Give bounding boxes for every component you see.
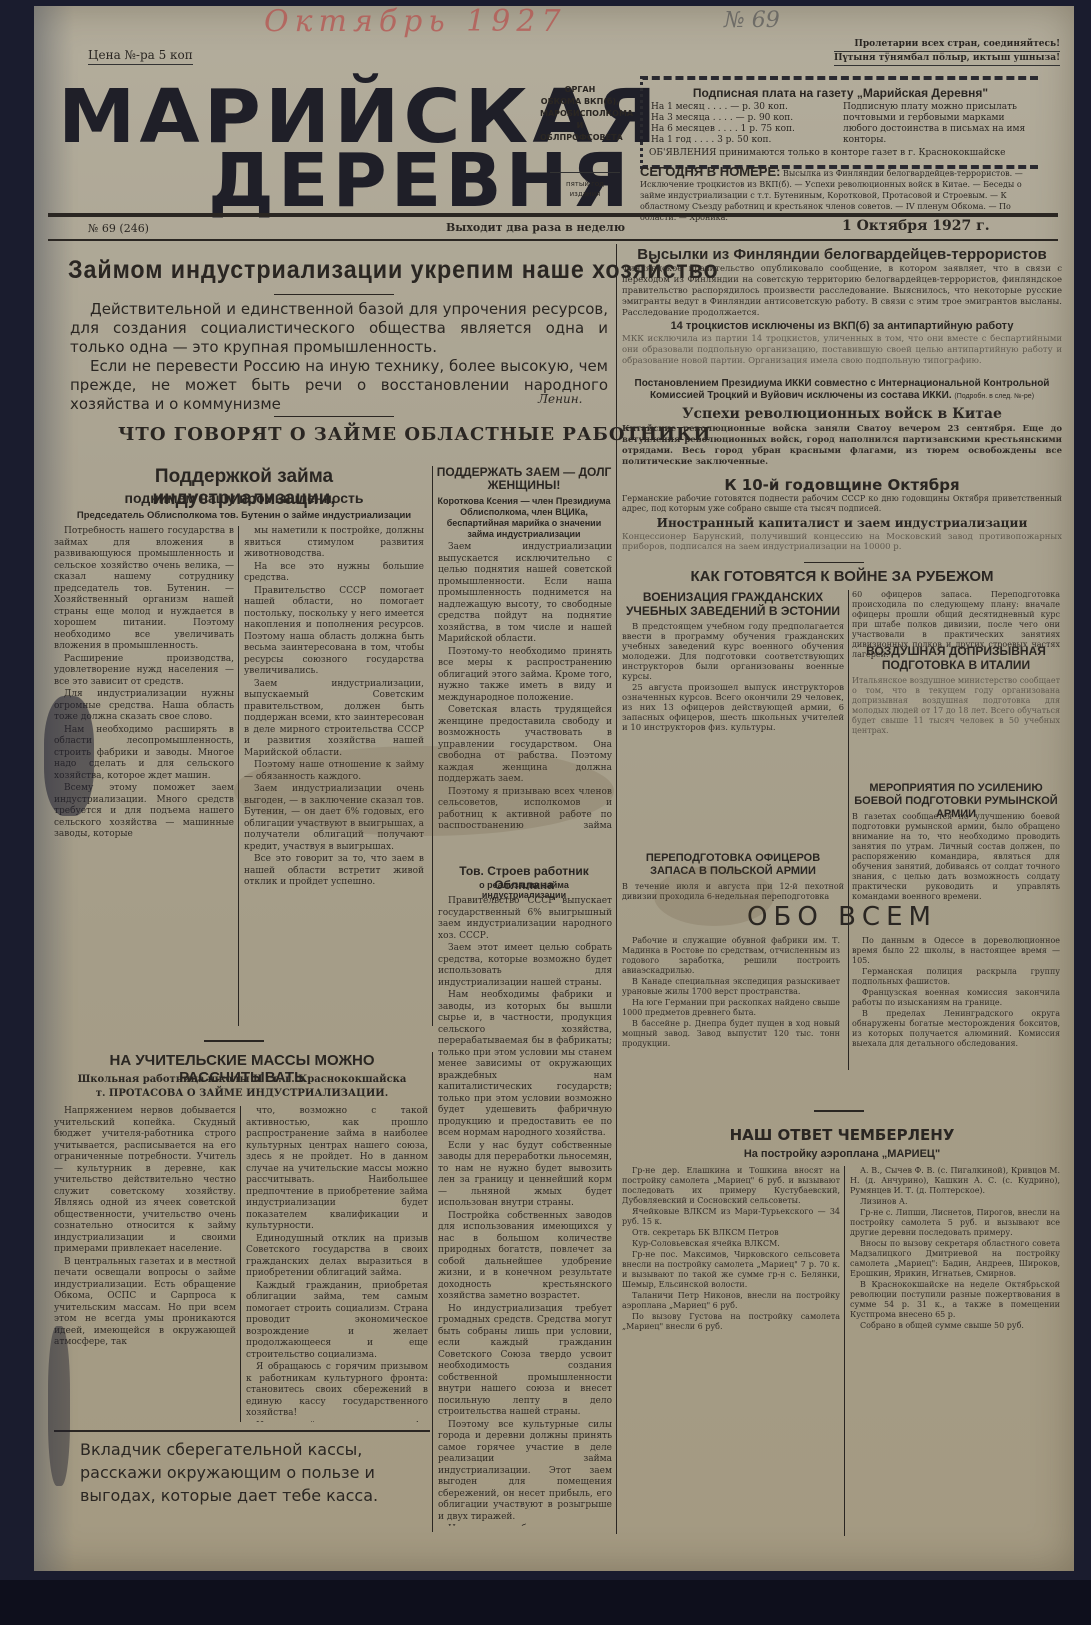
ads-notice: ОБ'ЯВЛЕНИЯ принимаются только в конторе … bbox=[649, 148, 1005, 158]
subscription-note: Подписную плату можно присылать почтовым… bbox=[843, 102, 1033, 146]
donation-item: Кур-Соловьевская ячейка ВЛКСМ. bbox=[622, 1239, 840, 1249]
paragraph: Поэтому-то необходимо принять все меры к… bbox=[438, 647, 612, 705]
trotskyists-body: МКК исключила из партии 14 троцкистов, у… bbox=[622, 334, 1062, 367]
paragraph: В центральных газетах и в местной печати… bbox=[54, 1257, 236, 1349]
news-item: Французская военная комиссия закончила р… bbox=[852, 988, 1060, 1008]
butenin-title-2: поднимем нашу промышленность bbox=[74, 490, 414, 506]
paragraph: что, возможно с такой активностью, как п… bbox=[246, 1106, 428, 1233]
in-this-issue-label: СЕГОДНЯ В НОМЕРЕ: bbox=[640, 164, 780, 179]
paragraph: Заем индустриализации выпускается исключ… bbox=[438, 542, 612, 646]
rule bbox=[274, 294, 394, 295]
paragraph: Постройка собственных заводов для исполь… bbox=[438, 1211, 612, 1303]
donation-item: Гр-не пос. Максимов, Чирковского сельсов… bbox=[622, 1250, 840, 1290]
chamberlain-col1: Гр-не дер. Елашкина и Тошкина вносят на … bbox=[622, 1166, 840, 1536]
protasova-subtitle-2: т. ПРОТАСОВА О ЗАЙМЕ ИНДУСТРИАЛИЗАЦИИ. bbox=[54, 1088, 430, 1099]
war-section-heading: КАК ГОТОВЯТСЯ К ВОЙНЕ ЗА РУБЕЖОМ bbox=[622, 568, 1062, 585]
chamberlain-subtitle: На постройку аэроплана „МАРИЕЦ" bbox=[622, 1148, 1062, 1160]
estonia-title: ВОЕНИЗАЦИЯ ГРАЖДАНСКИХ УЧЕБНЫХ ЗАВЕДЕНИЙ… bbox=[622, 590, 844, 618]
price-label: Цена №-ра 5 коп bbox=[88, 48, 193, 65]
protasova-col1: Напряжением нервов добывается учительски… bbox=[54, 1106, 236, 1422]
news-item: По данным в Одессе в дореволюционное вре… bbox=[852, 936, 1060, 966]
estonia-body: В предстоящем учебном году предполагаетс… bbox=[622, 622, 844, 802]
paragraph: 25 августа произошел выпуск инструкторов… bbox=[622, 683, 844, 733]
paragraph: мы наметили к постройке, должны явиться … bbox=[244, 526, 424, 561]
header-rule-2 bbox=[48, 239, 1058, 241]
donation-item: Гр-не дер. Елашкина и Тошкина вносят на … bbox=[622, 1166, 840, 1206]
column-rule bbox=[844, 1166, 845, 1536]
donation-item: В Краснококшайске на неделе Октябрьской … bbox=[850, 1280, 1060, 1320]
paragraph: Единодушный отклик на призыв Советского … bbox=[246, 1234, 428, 1280]
publication-year: пятый год издания bbox=[550, 172, 620, 199]
column-rule bbox=[432, 1052, 433, 1532]
news-item: Германская полиция раскрыла группу подпо… bbox=[852, 967, 1060, 987]
paragraph: Правительство СССР помогает нашей област… bbox=[244, 586, 424, 678]
subscription-title: Подписная плата на газету „Марийская Дер… bbox=[643, 86, 1038, 100]
rate-row: На 6 месяцев . . . . 1 р. 75 коп. bbox=[651, 124, 795, 135]
china-body: Китайские революционные войска заняли Св… bbox=[622, 424, 1062, 468]
donation-item: Гр-не с. Липши, Лиснетов, Пирогов, внесл… bbox=[850, 1208, 1060, 1238]
paragraph: Поэтому все культурные силы города и дер… bbox=[438, 1420, 612, 1524]
finland-title: Высылки из Финляндии белогвардейцев-терр… bbox=[622, 246, 1062, 263]
ikki-note: (Подробн. в след. №-ре) bbox=[954, 393, 1034, 400]
paragraph: В предстоящем учебном году предполагаетс… bbox=[622, 622, 844, 682]
donation-item: Отв. секретарь БК ВЛКСМ Петров bbox=[622, 1228, 840, 1238]
paragraph: Расширение производства, удовлетворение … bbox=[54, 654, 234, 689]
paragraph: На все это нужны большие средства. bbox=[244, 562, 424, 585]
rate-row: На 3 месяца . . . . — р. 90 коп. bbox=[651, 113, 795, 124]
paragraph: Все это говорит за то, что заем в нашей … bbox=[244, 854, 424, 889]
news-item: Рабочие и служащие обувной фабрики им. Т… bbox=[622, 936, 840, 976]
capitalist-title: Иностранный капиталист и заем индустриал… bbox=[622, 516, 1062, 530]
paragraph: Я обращаюсь с горячим призывом к работни… bbox=[246, 1362, 428, 1420]
korotkova-subtitle: Короткова Ксения — член Президиума Облис… bbox=[436, 496, 612, 540]
slogan: Пролетарии всех стран, соединяйтесь! Пүт… bbox=[834, 38, 1060, 66]
rule bbox=[54, 1430, 430, 1432]
october-body: Германские рабочие готовятся поднести ра… bbox=[622, 494, 1062, 514]
paragraph: Цементируйте наши достижения! bbox=[246, 1421, 428, 1423]
donation-item: Вносы по вызову секретаря областного сов… bbox=[850, 1239, 1060, 1279]
quote-paragraph: Действительной и единственной базой для … bbox=[70, 300, 608, 357]
year-line: пятый год bbox=[550, 179, 620, 189]
obo-vsem-col1: Рабочие и служащие обувной фабрики им. Т… bbox=[622, 936, 840, 1096]
paragraph: Нам необходимы фабрики и заводы, из кото… bbox=[438, 990, 612, 1140]
october-title: К 10-й годовщине Октября bbox=[622, 476, 1062, 494]
italy-body: Итальянское воздушное министерство сообщ… bbox=[852, 676, 1060, 776]
slogan-mari: Пүтыня тӱнямбал пӧлыр, иктыш ушныза! bbox=[834, 52, 1060, 66]
organ-line: ОРГАН bbox=[540, 84, 620, 96]
finland-body: Финляндское правительство опубликовало с… bbox=[622, 264, 1062, 319]
newspaper-page: Октябрь 1927 № 69 Цена №-ра 5 коп МАРИЙС… bbox=[34, 6, 1074, 1571]
frequency: Выходит два раза в неделю bbox=[446, 221, 625, 234]
news-item: В Канаде специальная экспедиция разыскив… bbox=[622, 977, 840, 997]
obo-vsem-col2: По данным в Одессе в дореволюционное вре… bbox=[852, 936, 1060, 1096]
donation-item: Таланичи Петр Никонов, внесли на построй… bbox=[622, 1291, 840, 1311]
news-item: В бассейне р. Днепра будет пущен в ход н… bbox=[622, 1019, 840, 1049]
subscription-box: Подписная плата на газету „Марийская Дер… bbox=[640, 76, 1038, 169]
rule bbox=[804, 562, 864, 563]
news-item: В пределах Ленинградского округа обнаруж… bbox=[852, 1009, 1060, 1049]
column-rule bbox=[238, 526, 239, 1026]
slogan-russian: Пролетарии всех стран, соединяйтесь! bbox=[834, 38, 1060, 52]
handwritten-annotation-2: № 69 bbox=[724, 8, 780, 33]
paragraph: Не должно быть ни одного служащего, ни о… bbox=[438, 1524, 612, 1526]
quote-paragraph: Если не перевести Россию на иную технику… bbox=[70, 357, 608, 414]
stroev-body: Правительство СССР выпускает государстве… bbox=[438, 896, 612, 1526]
capitalist-body: Концессионер Барунский, получивший конце… bbox=[622, 532, 1062, 552]
italy-title: ВОЗДУШНАЯ ДОПРИЗЫВНАЯ ПОДГОТОВКА В ИТАЛИ… bbox=[852, 644, 1060, 672]
organ-line: МАРОБИСПОЛКОМА bbox=[540, 108, 620, 120]
issue-number: № 69 (246) bbox=[88, 222, 149, 235]
paragraph: Напряжением нервов добывается учительски… bbox=[54, 1106, 236, 1256]
china-title: Успехи революционных войск в Китае bbox=[622, 406, 1062, 422]
header-rule bbox=[48, 213, 1058, 217]
chamberlain-col2: А. В., Сычев Ф. В. (с. Пигалкиной), Крив… bbox=[850, 1166, 1060, 1536]
donation-item: Собрано в общей сумме свыше 50 руб. bbox=[850, 1321, 1060, 1331]
issue-date: 1 Октября 1927 г. bbox=[842, 218, 990, 234]
paragraph: Если у нас будут собственные заводы для … bbox=[438, 1141, 612, 1210]
paragraph: Заем этот имеет целью собрать средства, … bbox=[438, 943, 612, 989]
lenin-quote: Действительной и единственной базой для … bbox=[70, 300, 608, 414]
donation-item: Ячейковые ВЛКСМ из Мари-Турьекского — 34… bbox=[622, 1207, 840, 1227]
chamberlain-title: НАШ ОТВЕТ ЧЕМБЕРЛЕНУ bbox=[622, 1126, 1062, 1144]
korotkova-title: ПОДДЕРЖАТЬ ЗАЕМ — ДОЛГ ЖЕНЩИНЫ! bbox=[436, 466, 612, 492]
protasova-subtitle-1: Школьная работница школы II ст. г. Красн… bbox=[54, 1074, 430, 1085]
butenin-subtitle: Председатель Облисполкома тов. Бутенин о… bbox=[54, 510, 434, 521]
subscription-rates: На 1 месяц . . . . — р. 30 коп.На 3 меся… bbox=[651, 102, 795, 146]
handwritten-annotation: Октябрь 1927 bbox=[264, 4, 567, 39]
year-line: издания bbox=[550, 189, 620, 199]
paragraph: Но индустриализация требует громадных ср… bbox=[438, 1304, 612, 1419]
paragraph: Потребность нашего государства в займах … bbox=[54, 526, 234, 653]
donation-item: А. В., Сычев Ф. В. (с. Пигалкиной), Крив… bbox=[850, 1166, 1060, 1196]
romania-body: В газетах сообщается по улучшению боевой… bbox=[852, 812, 1060, 908]
paragraph: Правительство СССР выпускает государстве… bbox=[438, 896, 612, 942]
rule bbox=[814, 1110, 864, 1112]
rule bbox=[274, 416, 394, 417]
organ-line: ОБКОМА ВКП(б), bbox=[540, 96, 620, 108]
quote-signature: Ленин. bbox=[538, 392, 582, 406]
trotskyists-title: 14 троцкистов исключены из ВКП(б) за ант… bbox=[622, 320, 1062, 332]
protasova-col2: что, возможно с такой активностью, как п… bbox=[246, 1106, 428, 1422]
savings-bank-notice: Вкладчик сберегательной кассы, расскажи … bbox=[80, 1438, 420, 1507]
donation-item: По вызову Густова на постройку самолета … bbox=[622, 1312, 840, 1332]
donation-item: Лизинов А. bbox=[850, 1197, 1060, 1207]
scan-border bbox=[0, 1580, 1091, 1625]
column-rule bbox=[848, 590, 849, 1070]
paragraph: Каждый гражданин, приобретая облигации з… bbox=[246, 1281, 428, 1362]
organ-line: И ОБЛПРОФСОВЕТА bbox=[540, 120, 620, 144]
news-item: На юге Германии при раскопках найдено св… bbox=[622, 998, 840, 1018]
publisher-organ: ОРГАН ОБКОМА ВКП(б), МАРОБИСПОЛКОМА И ОБ… bbox=[540, 84, 620, 144]
rate-row: На 1 месяц . . . . — р. 30 коп. bbox=[651, 102, 795, 113]
rate-row: На 1 год . . . . 3 р. 50 коп. bbox=[651, 135, 795, 146]
column-rule bbox=[240, 1106, 241, 1422]
rule bbox=[204, 1040, 264, 1042]
ikki-notice: Постановлением Президиума ИККИ совместно… bbox=[622, 378, 1062, 403]
